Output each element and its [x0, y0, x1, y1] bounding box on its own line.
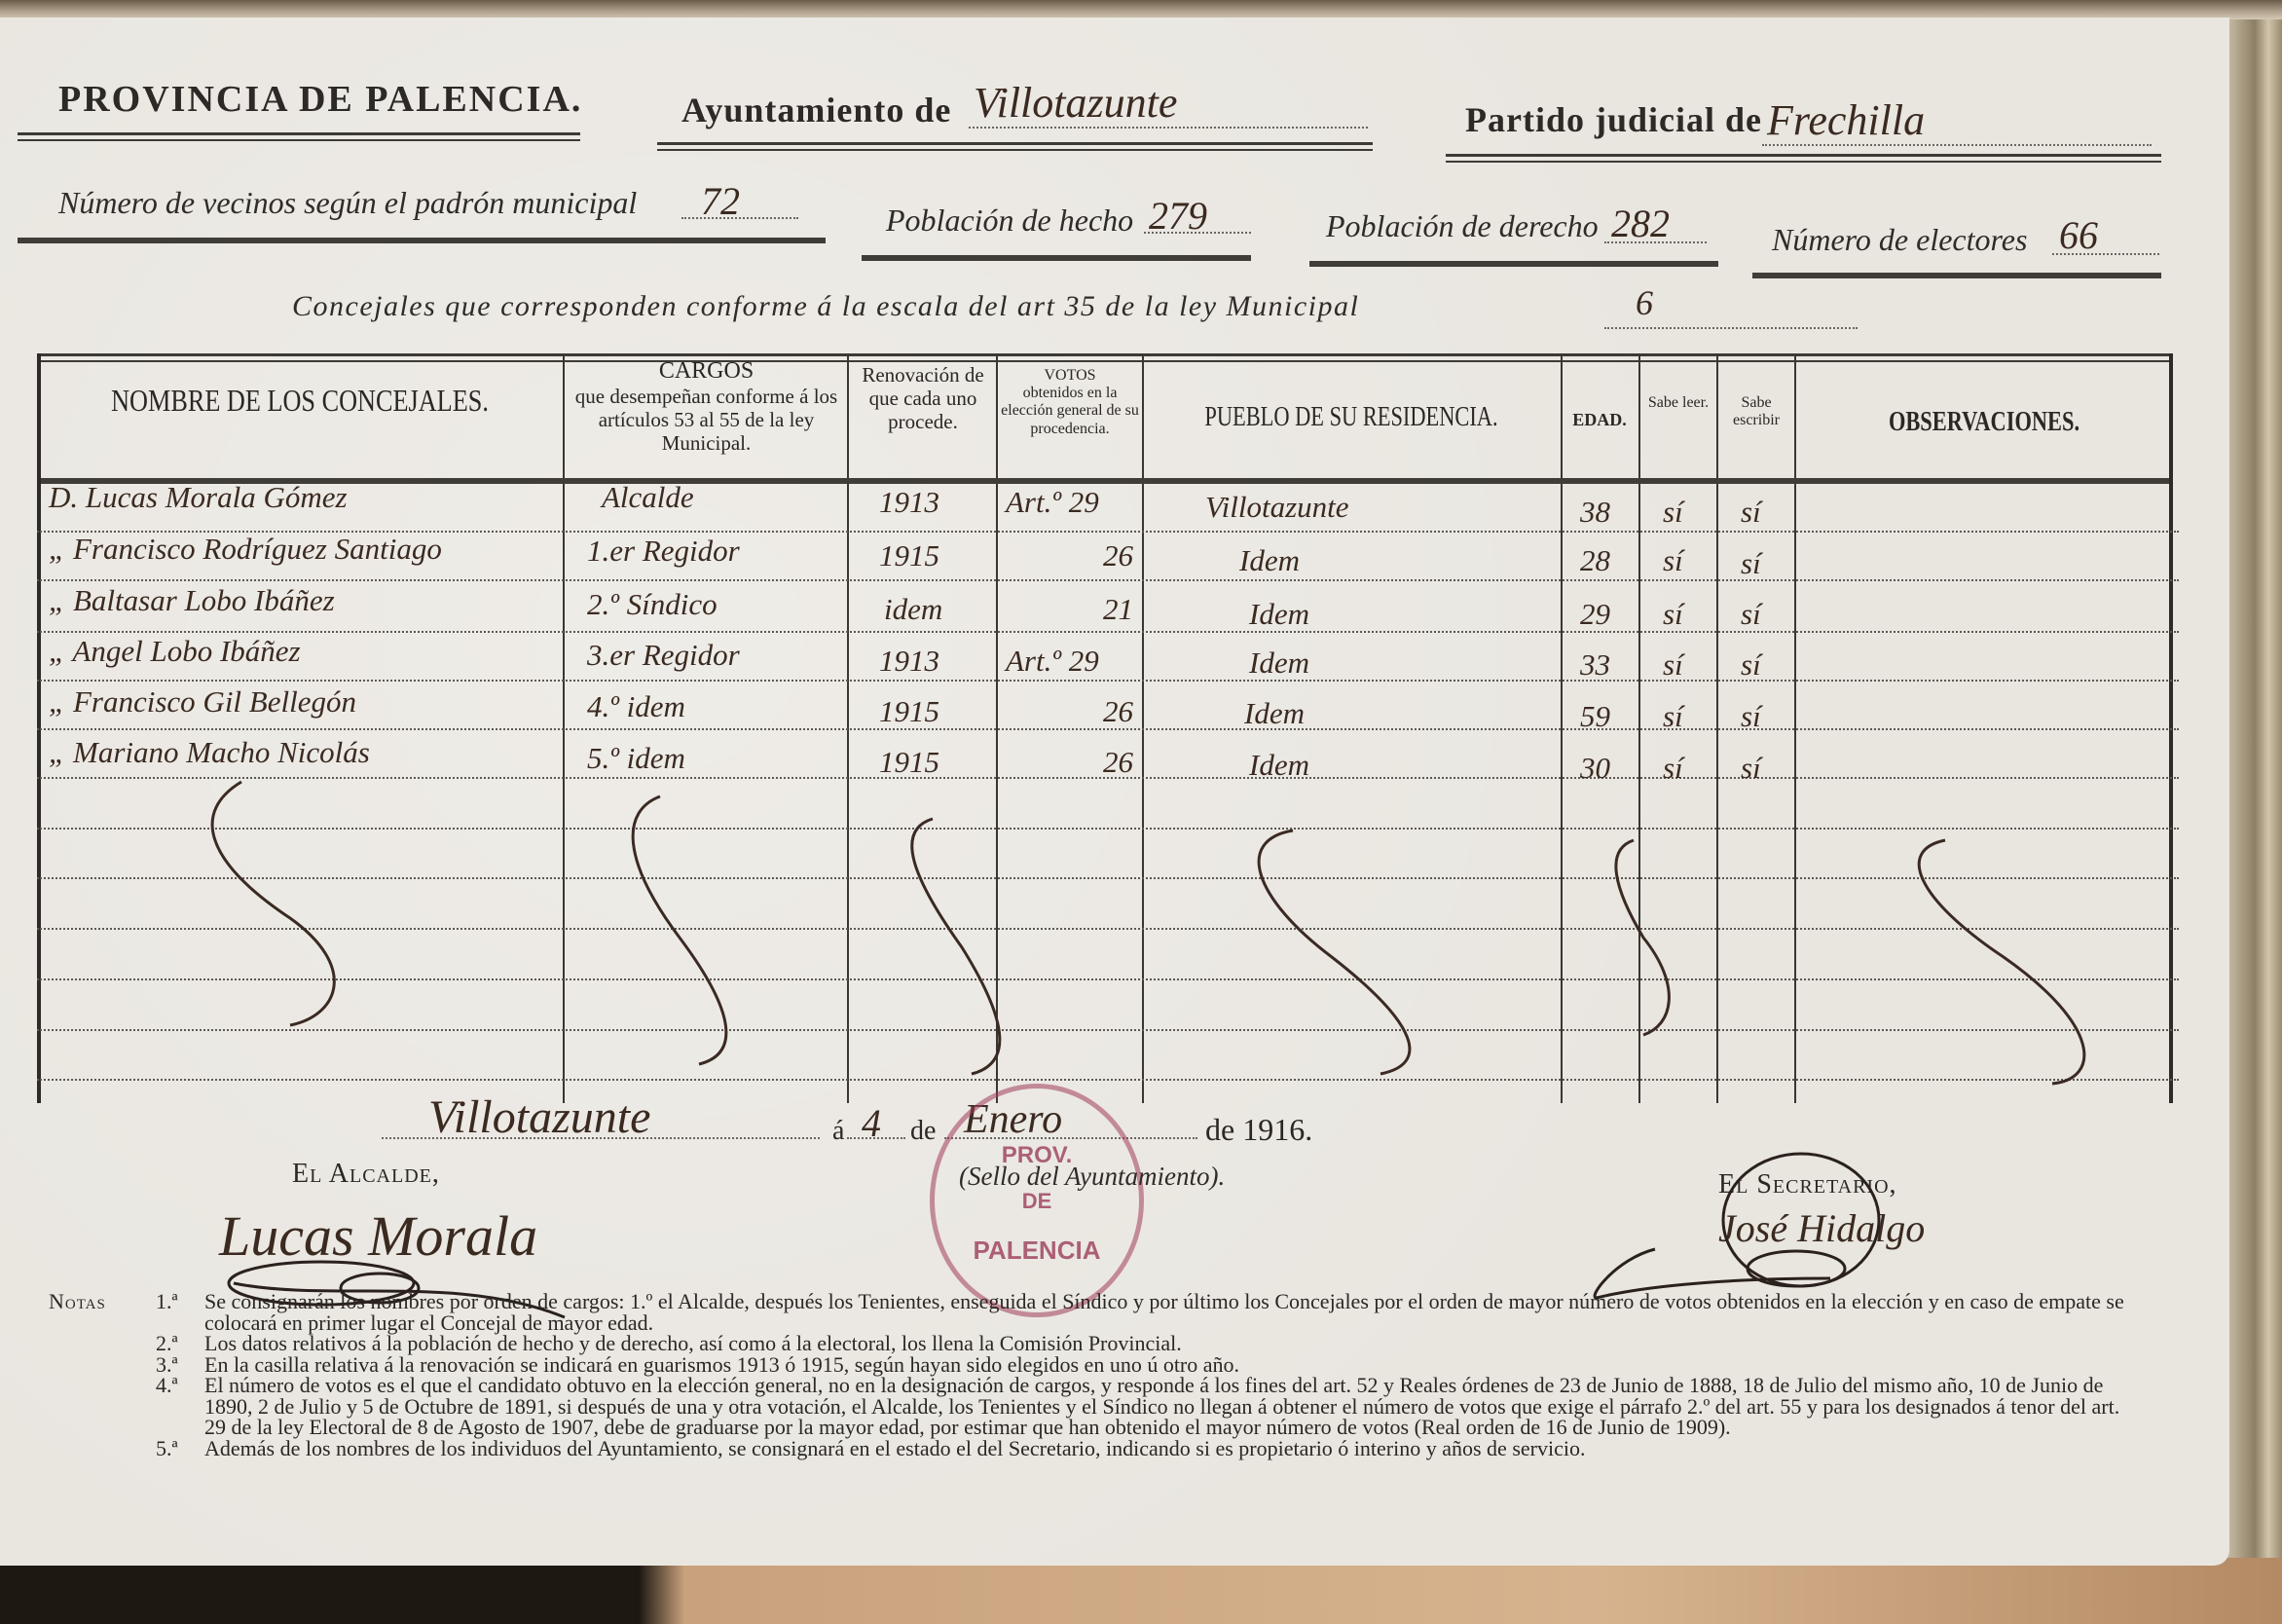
poblacion-hecho-label: Población de hecho [886, 203, 1133, 239]
note-1-num: 1.ª [156, 1291, 204, 1333]
alcalde-label: El Alcalde, [292, 1159, 440, 1190]
note-3-num: 3.ª [156, 1354, 204, 1376]
stamp-line-2: DE [935, 1189, 1139, 1214]
note-4: x 4.ª El número de votos es el que el ca… [49, 1375, 2171, 1438]
note-2: x 2.ª Los datos relativos á la población… [49, 1333, 2171, 1354]
secretario-rubric [1577, 1152, 1898, 1308]
poblacion-hecho-rule [862, 255, 1251, 261]
date-place: Villotazunte [428, 1090, 650, 1144]
note-2-num: 2.ª [156, 1333, 204, 1354]
note-4-num: 4.ª [156, 1375, 204, 1438]
poblacion-derecho-value: 282 [1611, 201, 1670, 246]
poblacion-derecho-rule [1309, 261, 1718, 267]
note-5: x 5.ª Además de los nombres de los indiv… [49, 1438, 2171, 1459]
vecinos-value: 72 [701, 178, 740, 224]
note-2-text: Los datos relativos á la población de he… [204, 1333, 1182, 1354]
date-de: de [910, 1116, 936, 1147]
concejales-value: 6 [1636, 282, 1653, 323]
book-bottom-edge [0, 1558, 2282, 1624]
note-5-num: 5.ª [156, 1438, 204, 1459]
note-3: x 3.ª En la casilla relativa á la renova… [49, 1354, 2171, 1376]
province-header: PROVINCIA DE PALENCIA. [58, 78, 582, 121]
electores-label: Número de electores [1772, 222, 2027, 258]
electores-rule [1752, 273, 2161, 278]
partido-label: Partido judicial de [1465, 99, 1762, 140]
electores-value: 66 [2059, 212, 2098, 258]
note-1: Notas 1.ª Se consignarán los nombres por… [49, 1291, 2171, 1333]
notes-label: Notas [49, 1291, 156, 1333]
vecinos-rule [18, 238, 826, 243]
note-4-text: El número de votos es el que el candidat… [204, 1375, 2171, 1438]
date-a: á [832, 1116, 844, 1147]
sello-label: (Sello del Ayuntamiento). [959, 1162, 1225, 1192]
vecinos-field-line [681, 217, 798, 219]
concejales-label: Concejales que corresponden conforme á l… [292, 290, 1359, 323]
stamp-line-3: PALENCIA [935, 1236, 1139, 1266]
closing-flourishes [37, 353, 2179, 1103]
notes-section: Notas 1.ª Se consignarán los nombres por… [49, 1291, 2171, 1458]
partido-rule [1446, 154, 2161, 163]
concejales-field-line [1604, 327, 1858, 329]
document-page: PROVINCIA DE PALENCIA. Ayuntamiento de V… [0, 18, 2229, 1566]
note-5-text: Además de los nombres de los individuos … [204, 1438, 1585, 1459]
partido-value: Frechilla [1767, 95, 1925, 145]
date-place-line [382, 1137, 820, 1139]
poblacion-hecho-value: 279 [1149, 193, 1207, 239]
ayuntamiento-value: Villotazunte [974, 78, 1177, 128]
ayuntamiento-rule [657, 142, 1373, 151]
date-day-line [847, 1137, 905, 1139]
concejales-table: NOMBRE DE LOS CONCEJALES. CARGOS que des… [37, 353, 2179, 1103]
poblacion-derecho-label: Población de derecho [1326, 208, 1599, 244]
note-3-text: En la casilla relativa á la renovación s… [204, 1354, 1239, 1376]
ayuntamiento-stamp: PROV. DE PALENCIA [930, 1084, 1144, 1317]
ayuntamiento-label: Ayuntamiento de [681, 90, 951, 130]
date-year: de 1916. [1205, 1112, 1312, 1148]
note-1-text: Se consignarán los nombres por orden de … [204, 1291, 2171, 1333]
vecinos-label: Número de vecinos según el padrón munici… [58, 185, 637, 221]
province-rule [18, 132, 580, 141]
